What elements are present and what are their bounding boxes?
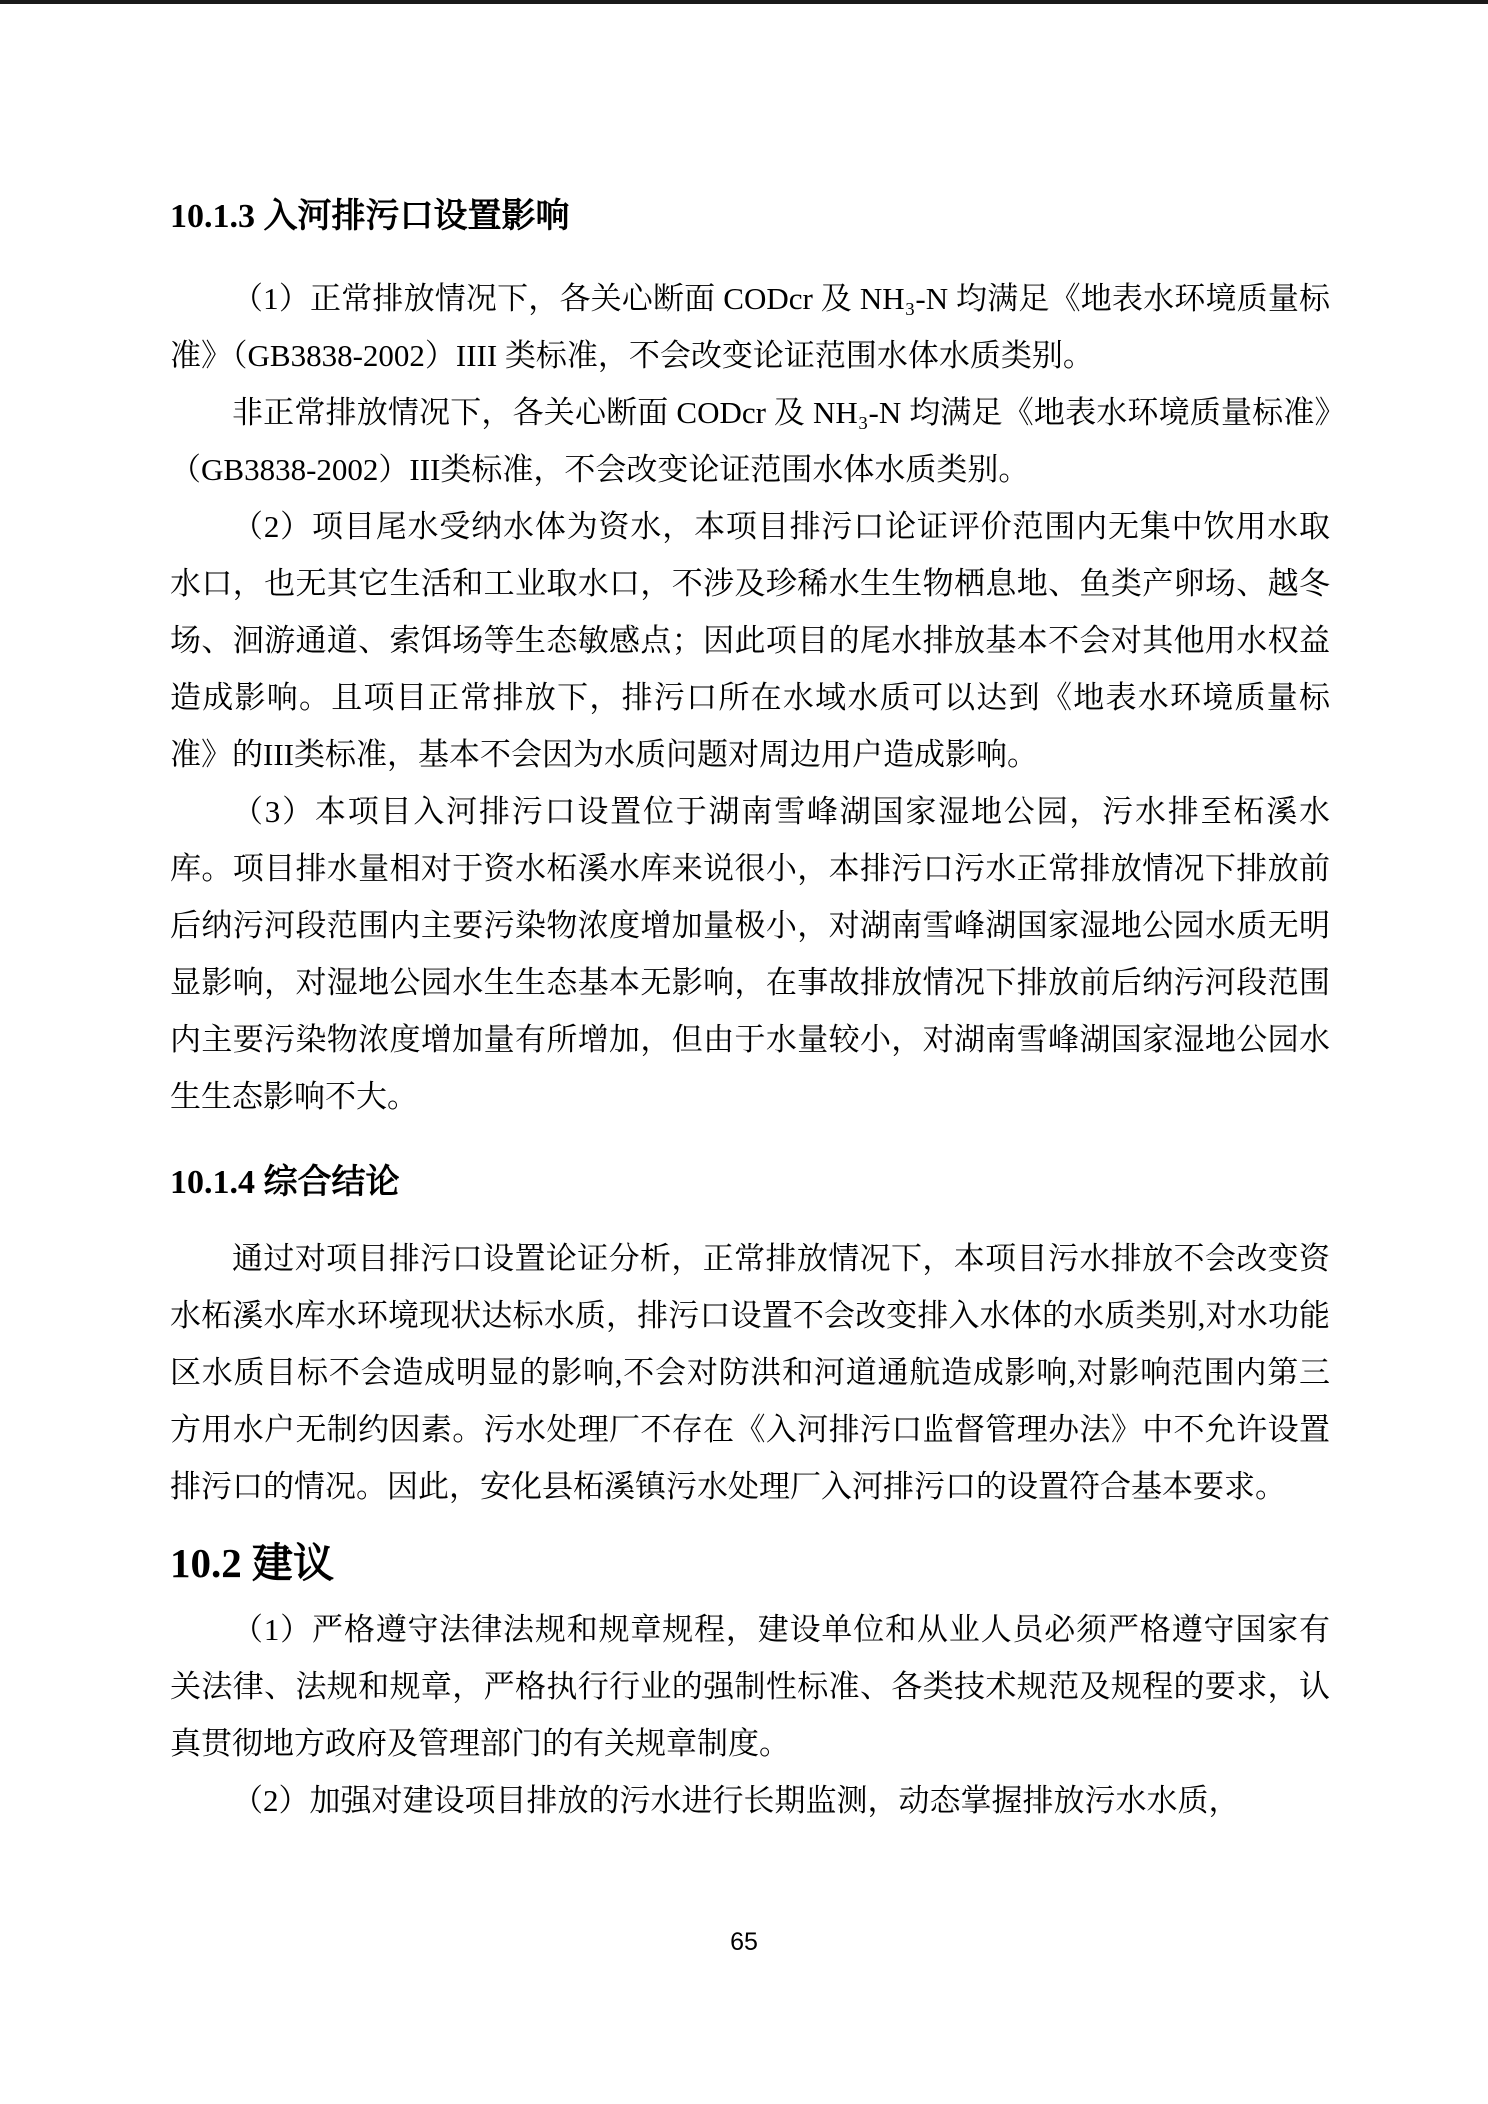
paragraph-suggestion-1: （1）严格遵守法律法规和规章规程，建设单位和从业人员必须严格遵守国家有关法律、法… (170, 1601, 1330, 1772)
paragraph-receiving-water: （2）项目尾水受纳水体为资水，本项目排污口论证评价范围内无集中饮用水取水口，也无… (170, 498, 1330, 783)
section-heading-10-2: 10.2 建议 (170, 1535, 1330, 1591)
section-heading-10-1-3: 10.1.3 入河排污口设置影响 (170, 194, 1330, 240)
paragraph-discharge-normal: （1）正常排放情况下，各关心断面 CODcr 及 NH₃-N 均满足《地表水环境… (170, 270, 1330, 384)
paragraph-discharge-abnormal: 非正常排放情况下，各关心断面 CODcr 及 NH₃-N 均满足《地表水环境质量… (170, 384, 1330, 498)
paragraph-comprehensive-conclusion: 通过对项目排污口设置论证分析，正常排放情况下，本项目污水排放不会改变资水柘溪水库… (170, 1230, 1330, 1515)
page-footer: 65 (0, 1928, 1488, 1957)
paragraph-suggestion-2: （2）加强对建设项目排放的污水进行长期监测，动态掌握排放污水水质， (170, 1772, 1330, 1829)
document-body: 10.1.3 入河排污口设置影响 （1）正常排放情况下，各关心断面 CODcr … (0, 0, 1488, 1829)
section-heading-10-1-4: 10.1.4 综合结论 (170, 1160, 1330, 1206)
document-page: 10.1.3 入河排污口设置影响 （1）正常排放情况下，各关心断面 CODcr … (0, 0, 1488, 2104)
paragraph-wetland-park: （3）本项目入河排污口设置位于湖南雪峰湖国家湿地公园，污水排至柘溪水库。项目排水… (170, 783, 1330, 1125)
page-number: 65 (730, 1928, 758, 1956)
